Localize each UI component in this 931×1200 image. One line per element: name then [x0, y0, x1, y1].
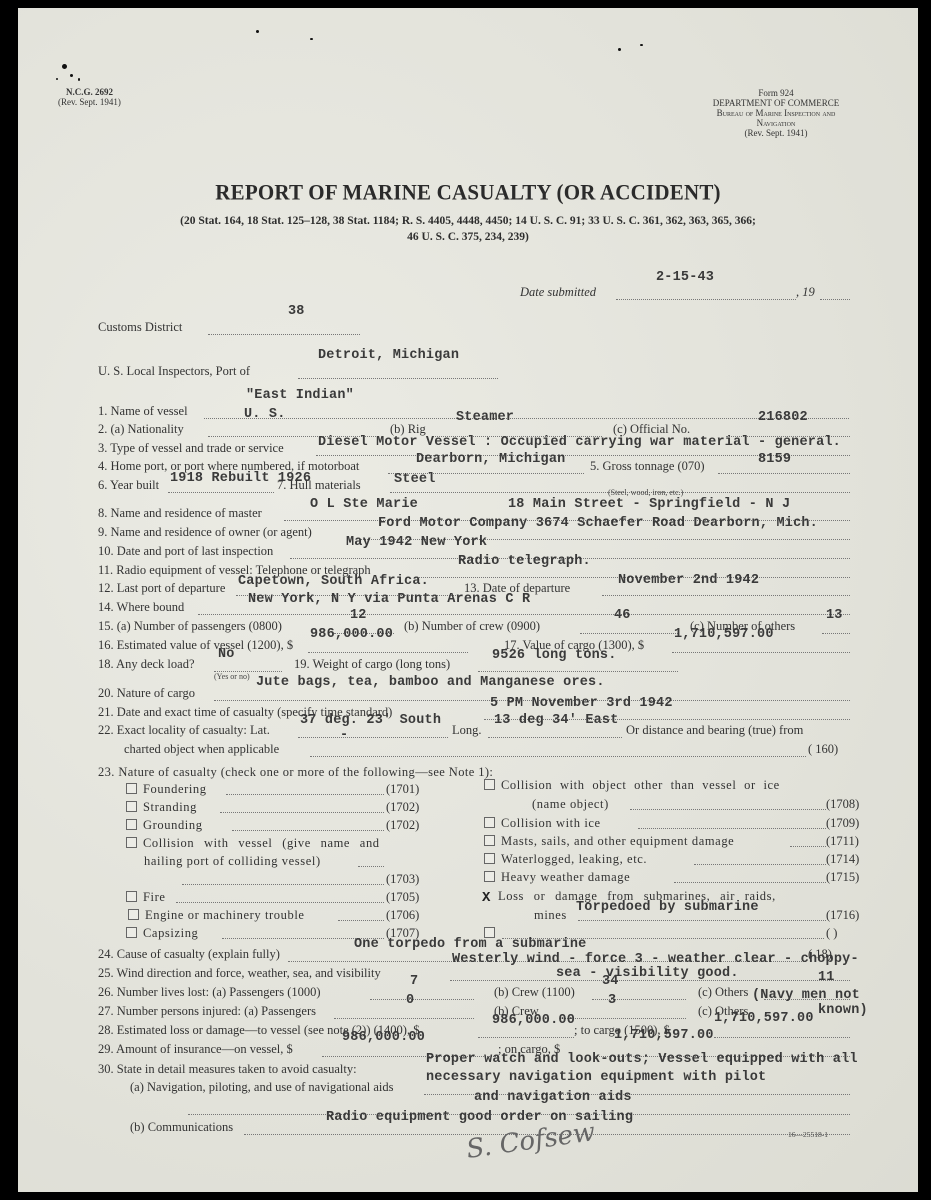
- item22-line2-label: charted object when applicable: [124, 742, 279, 757]
- item24-label: 24. Cause of casualty (explain fully): [98, 947, 280, 962]
- radio-equipment-value[interactable]: Radio telegraph.: [458, 554, 591, 569]
- item19-label: 19. Weight of cargo (long tons): [294, 657, 450, 672]
- checkbox-label: Grounding: [143, 818, 203, 832]
- checked-x-icon[interactable]: X: [482, 893, 493, 904]
- leader-line: [674, 882, 826, 883]
- item15c-line: [822, 633, 850, 634]
- vessel-value-value[interactable]: 986,000.00: [310, 627, 393, 642]
- leader-line: [630, 809, 826, 810]
- checkbox-label: Foundering: [143, 782, 207, 796]
- where-bound-value[interactable]: New York, N Y via Punta Arenas C R: [248, 592, 530, 607]
- nature-of-cargo-value[interactable]: Jute bags, tea, bamboo and Manganese ore…: [256, 675, 605, 690]
- insurance-vessel-value[interactable]: 986,000.00: [342, 1030, 425, 1045]
- item26c-label: (c) Others: [698, 985, 748, 1000]
- code-1701: (1701): [386, 782, 419, 797]
- item28b-line: [714, 1037, 850, 1038]
- leader-line: [176, 902, 384, 903]
- item22-line2: [310, 756, 806, 757]
- code-1709: (1709): [826, 816, 859, 831]
- leader-line: [226, 794, 384, 795]
- item22-long-line: [488, 737, 622, 738]
- bureau-name-line1: Bureau of Marine Inspection and: [666, 108, 886, 118]
- weather-value-line2[interactable]: sea - visibility good.: [556, 966, 739, 981]
- item10-label: 10. Date and port of last inspection: [98, 544, 273, 559]
- cargo-weight-value[interactable]: 9526 long tons.: [492, 648, 617, 663]
- charted-object-value[interactable]: -: [340, 728, 348, 743]
- item16-line: [308, 652, 468, 653]
- item26-label: 26. Number lives lost: (a) Passengers (1…: [98, 985, 321, 1000]
- leader-line: [338, 920, 384, 921]
- checkbox-icon[interactable]: [484, 779, 495, 790]
- checkbox-icon[interactable]: [126, 819, 137, 830]
- item22-label: 22. Exact locality of casualty: Lat.: [98, 723, 270, 738]
- bureau-name-line2: Navigation: [666, 118, 886, 128]
- department-name: DEPARTMENT OF COMMERCE: [666, 98, 886, 108]
- checkbox-icon[interactable]: [484, 817, 495, 828]
- form-revision: (Rev. Sept. 1941): [666, 128, 886, 138]
- item15a-label: 15. (a) Number of passengers (0800): [98, 619, 282, 634]
- item30b-label: (b) Communications: [130, 1120, 233, 1135]
- navigation-value-line2[interactable]: and navigation aids: [474, 1090, 632, 1105]
- item14-label: 14. Where bound: [98, 600, 184, 615]
- checkbox-label: Stranding: [143, 800, 197, 814]
- code-1702: (1702): [386, 800, 419, 815]
- departure-date-value[interactable]: November 2nd 1942: [618, 573, 759, 588]
- leader-line: [638, 828, 826, 829]
- ink-blot: [640, 44, 643, 46]
- checkbox-icon[interactable]: [128, 909, 139, 920]
- item23-label: 23. Nature of casualty (check one or mor…: [98, 765, 493, 780]
- checkbox-icon[interactable]: [484, 835, 495, 846]
- item6-line: [168, 492, 274, 493]
- code-1706: (1706): [386, 908, 419, 923]
- checkbox-label: Engine or machinery trouble: [145, 908, 305, 922]
- statutes-line2: 46 U. S. C. 375, 234, 239): [78, 229, 858, 245]
- port-label: U. S. Local Inspectors, Port of: [98, 364, 250, 379]
- item13-line: [602, 595, 850, 596]
- ncg-revision: (Rev. Sept. 1941): [58, 97, 121, 107]
- ink-blot: [78, 78, 80, 81]
- checkbox-submarine-label2: mines: [534, 908, 567, 923]
- checkbox-label: Fire: [143, 890, 166, 904]
- item15b-line: [580, 633, 678, 634]
- form-number: Form 924: [666, 88, 886, 98]
- leader-line: [182, 884, 384, 885]
- ink-blot: [62, 64, 67, 69]
- port-value[interactable]: Detroit, Michigan: [318, 348, 459, 363]
- leader-line: [694, 864, 826, 865]
- item22-code: ( 160): [808, 742, 838, 757]
- item15b-label: (b) Number of crew (0900): [404, 619, 540, 634]
- others-value[interactable]: 13: [826, 608, 843, 623]
- insurance-cargo-value[interactable]: 1,710,597.00: [614, 1028, 714, 1043]
- master-name-value[interactable]: O L Ste Marie: [310, 497, 418, 512]
- statutes-line1: (20 Stat. 164, 18 Stat. 125–128, 38 Stat…: [78, 213, 858, 229]
- checkbox-collision-object-label2: (name object): [532, 797, 609, 812]
- item26b-label: (b) Crew (1100): [494, 985, 575, 1000]
- loss-cargo-value[interactable]: 1,710,597.00: [714, 1011, 814, 1026]
- hull-material-value[interactable]: Steel: [394, 472, 436, 487]
- item30-label: 30. State in detail measures taken to av…: [98, 1062, 357, 1077]
- code-1708: (1708): [826, 797, 859, 812]
- date-submitted-line: [616, 299, 796, 300]
- customs-district-value[interactable]: 38: [288, 304, 305, 319]
- checkbox-stranding[interactable]: Stranding: [126, 800, 197, 815]
- item22-lat-line: [298, 737, 448, 738]
- checkbox-label: Collision with vessel (give name and: [143, 836, 380, 850]
- vessel-name-value[interactable]: "East Indian": [246, 388, 354, 403]
- leader-line: [232, 830, 384, 831]
- date-year-line: [820, 299, 850, 300]
- print-code: 16—25518-1: [788, 1130, 828, 1139]
- item7-label: 7. Hull materials: [277, 478, 361, 493]
- checkbox-icon[interactable]: [484, 871, 495, 882]
- leader-line: [790, 846, 826, 847]
- lives-lost-others[interactable]: 11: [818, 970, 835, 985]
- checkbox-icon[interactable]: [126, 891, 137, 902]
- lives-lost-passengers[interactable]: 7: [410, 974, 418, 989]
- checkbox-label: Capsizing: [143, 926, 198, 940]
- leader-line: [358, 866, 384, 867]
- checkbox-fire[interactable]: Fire: [126, 890, 166, 905]
- item8-label: 8. Name and residence of master: [98, 506, 262, 521]
- longitude-value[interactable]: 13 deg 34' East: [494, 713, 619, 728]
- rig-value[interactable]: Steamer: [456, 410, 514, 425]
- lives-lost-crew[interactable]: 34: [602, 974, 619, 989]
- item28a-line: [478, 1037, 574, 1038]
- date-year-prefix: , 19: [796, 285, 815, 300]
- casualty-cause-value[interactable]: One torpedo from a submarine: [354, 937, 586, 952]
- item9-label: 9. Name and residence of owner (or agent…: [98, 525, 312, 540]
- checkbox-label: Masts, sails, and other equipment damage: [501, 834, 734, 848]
- item29-label: 29. Amount of insurance—on vessel, $: [98, 1042, 293, 1057]
- deck-load-value[interactable]: No: [218, 647, 235, 662]
- item5-line: [718, 473, 850, 474]
- code-1711: (1711): [826, 834, 859, 849]
- checkbox-engine-trouble[interactable]: Engine or machinery trouble: [128, 908, 305, 923]
- checkbox-collision-object[interactable]: Collision with object other than vessel …: [484, 778, 780, 793]
- leader-line: [220, 812, 384, 813]
- item27b-line: [564, 1018, 686, 1019]
- checkbox-collision-vessel[interactable]: Collision with vessel (give name and: [126, 836, 380, 851]
- nationality-value[interactable]: U. S.: [244, 407, 286, 422]
- item22-trailing: Or distance and bearing (true) from: [626, 723, 803, 738]
- code-1702b: (1702): [386, 818, 419, 833]
- passengers-value[interactable]: 12: [350, 608, 367, 623]
- casualty-time-value[interactable]: 5 PM November 3rd 1942: [490, 696, 673, 711]
- submarine-detail-value[interactable]: Torpedoed by submarine: [576, 900, 759, 915]
- item27-label: 27. Number persons injured: (a) Passenge…: [98, 1004, 316, 1019]
- checkbox-label: Heavy weather damage: [501, 870, 630, 884]
- item6-label: 6. Year built: [98, 478, 159, 493]
- latitude-value[interactable]: 37 deg. 23' South: [300, 713, 441, 728]
- ink-blot: [256, 30, 259, 33]
- code-1714: (1714): [826, 852, 859, 867]
- checkbox-label: Collision with object other than vessel …: [501, 778, 780, 792]
- cargo-value-value[interactable]: 1,710,597.00: [674, 627, 774, 642]
- item14-line: [198, 614, 850, 615]
- checkbox-icon[interactable]: [126, 837, 137, 848]
- item19-line: [478, 671, 678, 672]
- crew-value[interactable]: 46: [614, 608, 631, 623]
- code-1705: (1705): [386, 890, 419, 905]
- port-line: [298, 378, 498, 379]
- item1-label: 1. Name of vessel: [98, 404, 188, 419]
- vessel-type-value[interactable]: Diesel Motor Vessel : Occupied carrying …: [318, 435, 841, 450]
- code-1703: (1703): [386, 872, 419, 887]
- longitude-label: Long.: [452, 723, 482, 738]
- statutes-citation: (20 Stat. 164, 18 Stat. 125–128, 38 Stat…: [78, 213, 858, 245]
- ink-blot: [56, 78, 58, 80]
- checkbox-collision-ice[interactable]: Collision with ice: [484, 816, 601, 831]
- date-submitted-value[interactable]: 2-15-43: [656, 270, 714, 285]
- checkbox-icon[interactable]: [126, 801, 137, 812]
- checkbox-waterlogged[interactable]: Waterlogged, leaking, etc.: [484, 852, 647, 867]
- checkbox-label: Collision with ice: [501, 816, 601, 830]
- checkbox-icon[interactable]: [126, 927, 137, 938]
- checkbox-foundering[interactable]: Foundering: [126, 782, 207, 797]
- form-id-right: Form 924 DEPARTMENT OF COMMERCE Bureau o…: [666, 88, 886, 138]
- code-blank: ( ): [826, 926, 837, 941]
- item26a-line: [370, 999, 474, 1000]
- last-inspection-value[interactable]: May 1942 New York: [346, 535, 487, 550]
- navigation-value-line1[interactable]: necessary navigation equipment with pilo…: [426, 1070, 766, 1085]
- item16-label: 16. Estimated value of vessel (1200), $: [98, 638, 293, 653]
- checkbox-grounding[interactable]: Grounding: [126, 818, 203, 833]
- hull-material-hint: (Steel, wood, iron, etc.): [608, 488, 683, 497]
- ink-blot: [310, 38, 313, 40]
- loss-vessel-value[interactable]: 986,000.00: [492, 1013, 575, 1028]
- form-id-left: N.C.G. 2692 (Rev. Sept. 1941): [58, 87, 121, 107]
- home-port-value[interactable]: Dearborn, Michigan: [416, 452, 565, 467]
- master-residence-value[interactable]: 18 Main Street - Springfield - N J: [508, 497, 790, 512]
- customs-district-label: Customs District: [98, 320, 182, 335]
- customs-district-line: [208, 334, 360, 335]
- injured-others-line1[interactable]: (Navy men not: [752, 988, 860, 1003]
- item1-line: [204, 418, 849, 419]
- owner-value[interactable]: Ford Motor Company 3674 Schaefer Road De…: [378, 516, 818, 531]
- injured-others-line2[interactable]: known): [818, 1003, 868, 1018]
- report-title: REPORT OF MARINE CASUALTY (OR ACCIDENT): [18, 179, 918, 205]
- item2a-label: 2. (a) Nationality: [98, 422, 184, 437]
- item27a-line: [334, 1018, 474, 1019]
- checkbox-label: Waterlogged, leaking, etc.: [501, 852, 647, 866]
- item25-label: 25. Wind direction and force, weather, s…: [98, 966, 381, 981]
- ink-blot: [70, 74, 73, 77]
- item3-label: 3. Type of vessel and trade or service: [98, 441, 284, 456]
- checkbox-capsizing[interactable]: Capsizing: [126, 926, 198, 941]
- checkbox-icon[interactable]: [484, 853, 495, 864]
- item18-label: 18. Any deck load?: [98, 657, 195, 672]
- code-1716: (1716): [826, 908, 859, 923]
- last-port-value[interactable]: Capetown, South Africa.: [238, 574, 429, 589]
- item12-label: 12. Last port of departure: [98, 581, 225, 596]
- measures-value-line1[interactable]: Proper watch and look-outs; Vessel equip…: [426, 1052, 858, 1067]
- item17-line: [672, 652, 850, 653]
- injured-crew[interactable]: 3: [608, 993, 616, 1008]
- item30a-label: (a) Navigation, piloting, and use of nav…: [130, 1080, 393, 1095]
- deck-load-hint: (Yes or no): [214, 672, 250, 681]
- item5-label: 5. Gross tonnage (070): [590, 459, 705, 474]
- checkbox-icon[interactable]: [126, 783, 137, 794]
- gross-tonnage-value[interactable]: 8159: [758, 452, 791, 467]
- ink-blot: [618, 48, 621, 51]
- checkbox-collision-vessel-label2: hailing port of colliding vessel): [144, 854, 321, 869]
- leader-line: [578, 920, 826, 921]
- ncg-number: N.C.G. 2692: [58, 87, 121, 97]
- casualty-report-page: N.C.G. 2692 (Rev. Sept. 1941) Form 924 D…: [18, 8, 918, 1192]
- injured-passengers[interactable]: 0: [406, 993, 414, 1008]
- item20-label: 20. Nature of cargo: [98, 686, 195, 701]
- code-1715: (1715): [826, 870, 859, 885]
- official-no-value[interactable]: 216802: [758, 410, 808, 425]
- checkbox-masts-damage[interactable]: Masts, sails, and other equipment damage: [484, 834, 734, 849]
- weather-value-line1[interactable]: Westerly wind - force 3 - weather clear …: [452, 952, 859, 967]
- item26b-line: [592, 999, 686, 1000]
- date-submitted-label: Date submitted: [520, 285, 596, 300]
- checkbox-heavy-weather[interactable]: Heavy weather damage: [484, 870, 630, 885]
